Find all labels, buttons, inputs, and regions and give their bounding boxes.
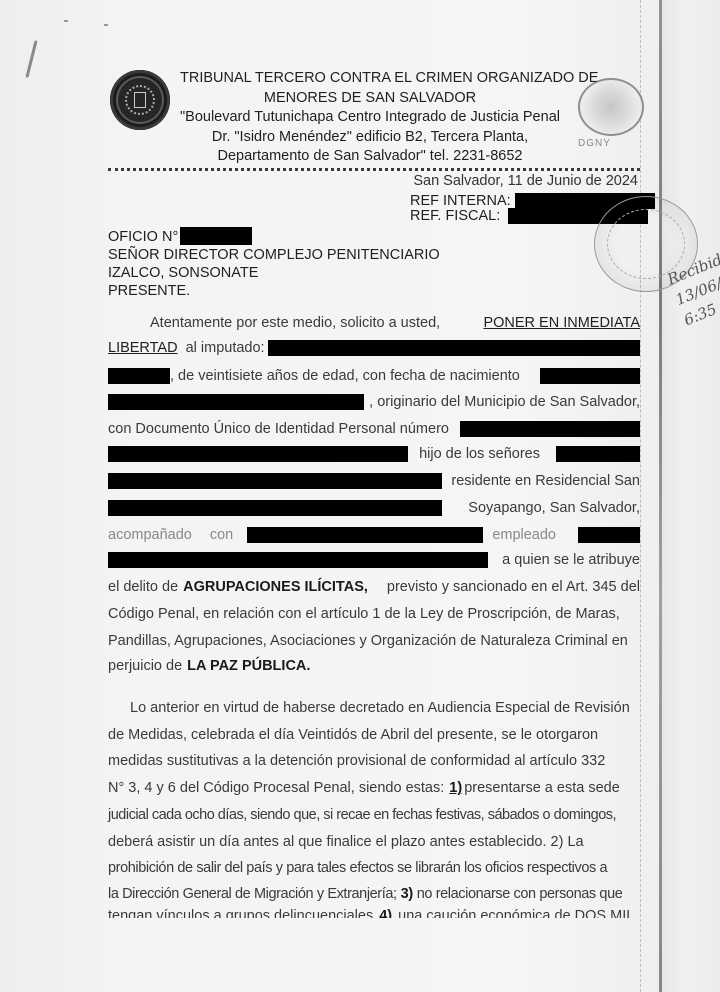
body-line: LIBERTAD al imputado: xyxy=(108,338,640,358)
body-line: Lo anterior en virtud de haberse decreta… xyxy=(130,698,640,718)
body-line: residente en Residencial San xyxy=(108,471,640,491)
body-line: con Documento Único de Identidad Persona… xyxy=(108,419,640,439)
redaction-box xyxy=(180,227,252,245)
letterhead: TRIBUNAL TERCERO CONTRA EL CRIMEN ORGANI… xyxy=(180,69,560,167)
document-date: San Salvador, 11 de Junio de 2024 xyxy=(300,173,638,189)
redaction-box xyxy=(108,368,170,384)
body-line: la Dirección General de Migración y Extr… xyxy=(108,884,640,904)
address-line1: "Boulevard Tutunichapa Centro Integrado … xyxy=(180,108,560,128)
ref-interna-label: REF INTERNA: xyxy=(410,193,511,209)
ref-fiscal-label: REF. FISCAL: xyxy=(410,208,500,224)
address-line2: Dr. "Isidro Menéndez" edificio B2, Terce… xyxy=(180,128,560,148)
body-line: N° 3, 4 y 6 del Código Procesal Penal, s… xyxy=(108,778,640,798)
header-divider xyxy=(108,168,640,171)
body-line: Atentamente por este medio, solicito a u… xyxy=(150,313,640,333)
crime-name: AGRUPACIONES ILÍCITAS, xyxy=(183,579,368,595)
addressee-line3: PRESENTE. xyxy=(108,282,440,300)
body-line: perjuicio de LA PAZ PÚBLICA. xyxy=(108,656,640,676)
court-name-line1: TRIBUNAL TERCERO CONTRA EL CRIMEN ORGANI… xyxy=(180,69,560,89)
body-line: , originario del Municipio de San Salvad… xyxy=(108,392,640,412)
body-line: deberá asistir un día antes al que final… xyxy=(108,832,640,852)
body-line: Código Penal, en relación con el artícul… xyxy=(108,604,640,624)
redaction-box xyxy=(556,446,640,462)
addressee-block: OFICIO N° SEÑOR DIRECTOR COMPLEJO PENITE… xyxy=(108,227,440,300)
redaction-box xyxy=(247,527,483,543)
addressee-line2: IZALCO, SONSONATE xyxy=(108,264,440,282)
affected-legal-good: LA PAZ PÚBLICA. xyxy=(187,658,310,674)
body-line: acompañado con empleado xyxy=(108,525,640,545)
redaction-box xyxy=(460,421,640,437)
body-line-cut-off: tengan vínculos a grupos delincuenciales… xyxy=(108,908,640,918)
redaction-box xyxy=(108,473,442,489)
redaction-box xyxy=(578,527,640,543)
body-line: a quien se le atribuye xyxy=(108,550,640,570)
addressee-line1: SEÑOR DIRECTOR COMPLEJO PENITENCIARIO xyxy=(108,246,440,264)
seal-caption: DGNY xyxy=(578,138,611,149)
court-name-line2: MENORES DE SAN SALVADOR xyxy=(180,89,560,109)
redaction-box xyxy=(108,394,364,410)
body-line: judicial cada ocho días, siendo que, si … xyxy=(108,805,640,825)
court-seal-icon xyxy=(110,70,170,130)
page-fold-shadow xyxy=(659,0,662,992)
body-line: prohibición de salir del país y para tal… xyxy=(108,858,640,878)
page-edge-strip xyxy=(660,0,720,992)
perforation-line xyxy=(640,0,642,992)
body-line: de Medidas, celebrada el día Veintidós d… xyxy=(108,725,640,745)
redaction-box xyxy=(108,500,442,516)
scan-speck xyxy=(104,24,108,26)
redaction-box xyxy=(108,552,488,568)
body-line: Soyapango, San Salvador, xyxy=(108,498,640,518)
redaction-box xyxy=(540,368,640,384)
body-line: , de veintisiete años de edad, con fecha… xyxy=(108,366,640,386)
address-line3: Departamento de San Salvador" tel. 2231-… xyxy=(180,147,560,167)
national-coat-of-arms-seal-icon xyxy=(578,78,644,136)
body-line: Pandillas, Agrupaciones, Asociaciones y … xyxy=(108,631,640,651)
body-line: hijo de los señores xyxy=(108,444,640,464)
redaction-box xyxy=(108,446,408,462)
scan-speck xyxy=(64,20,68,22)
oficio-number: OFICIO N° xyxy=(108,227,440,246)
body-line: el delito de AGRUPACIONES ILÍCITAS, prev… xyxy=(108,577,640,597)
body-line: medidas sustitutivas a la detención prov… xyxy=(108,751,640,771)
redaction-box xyxy=(268,340,640,356)
